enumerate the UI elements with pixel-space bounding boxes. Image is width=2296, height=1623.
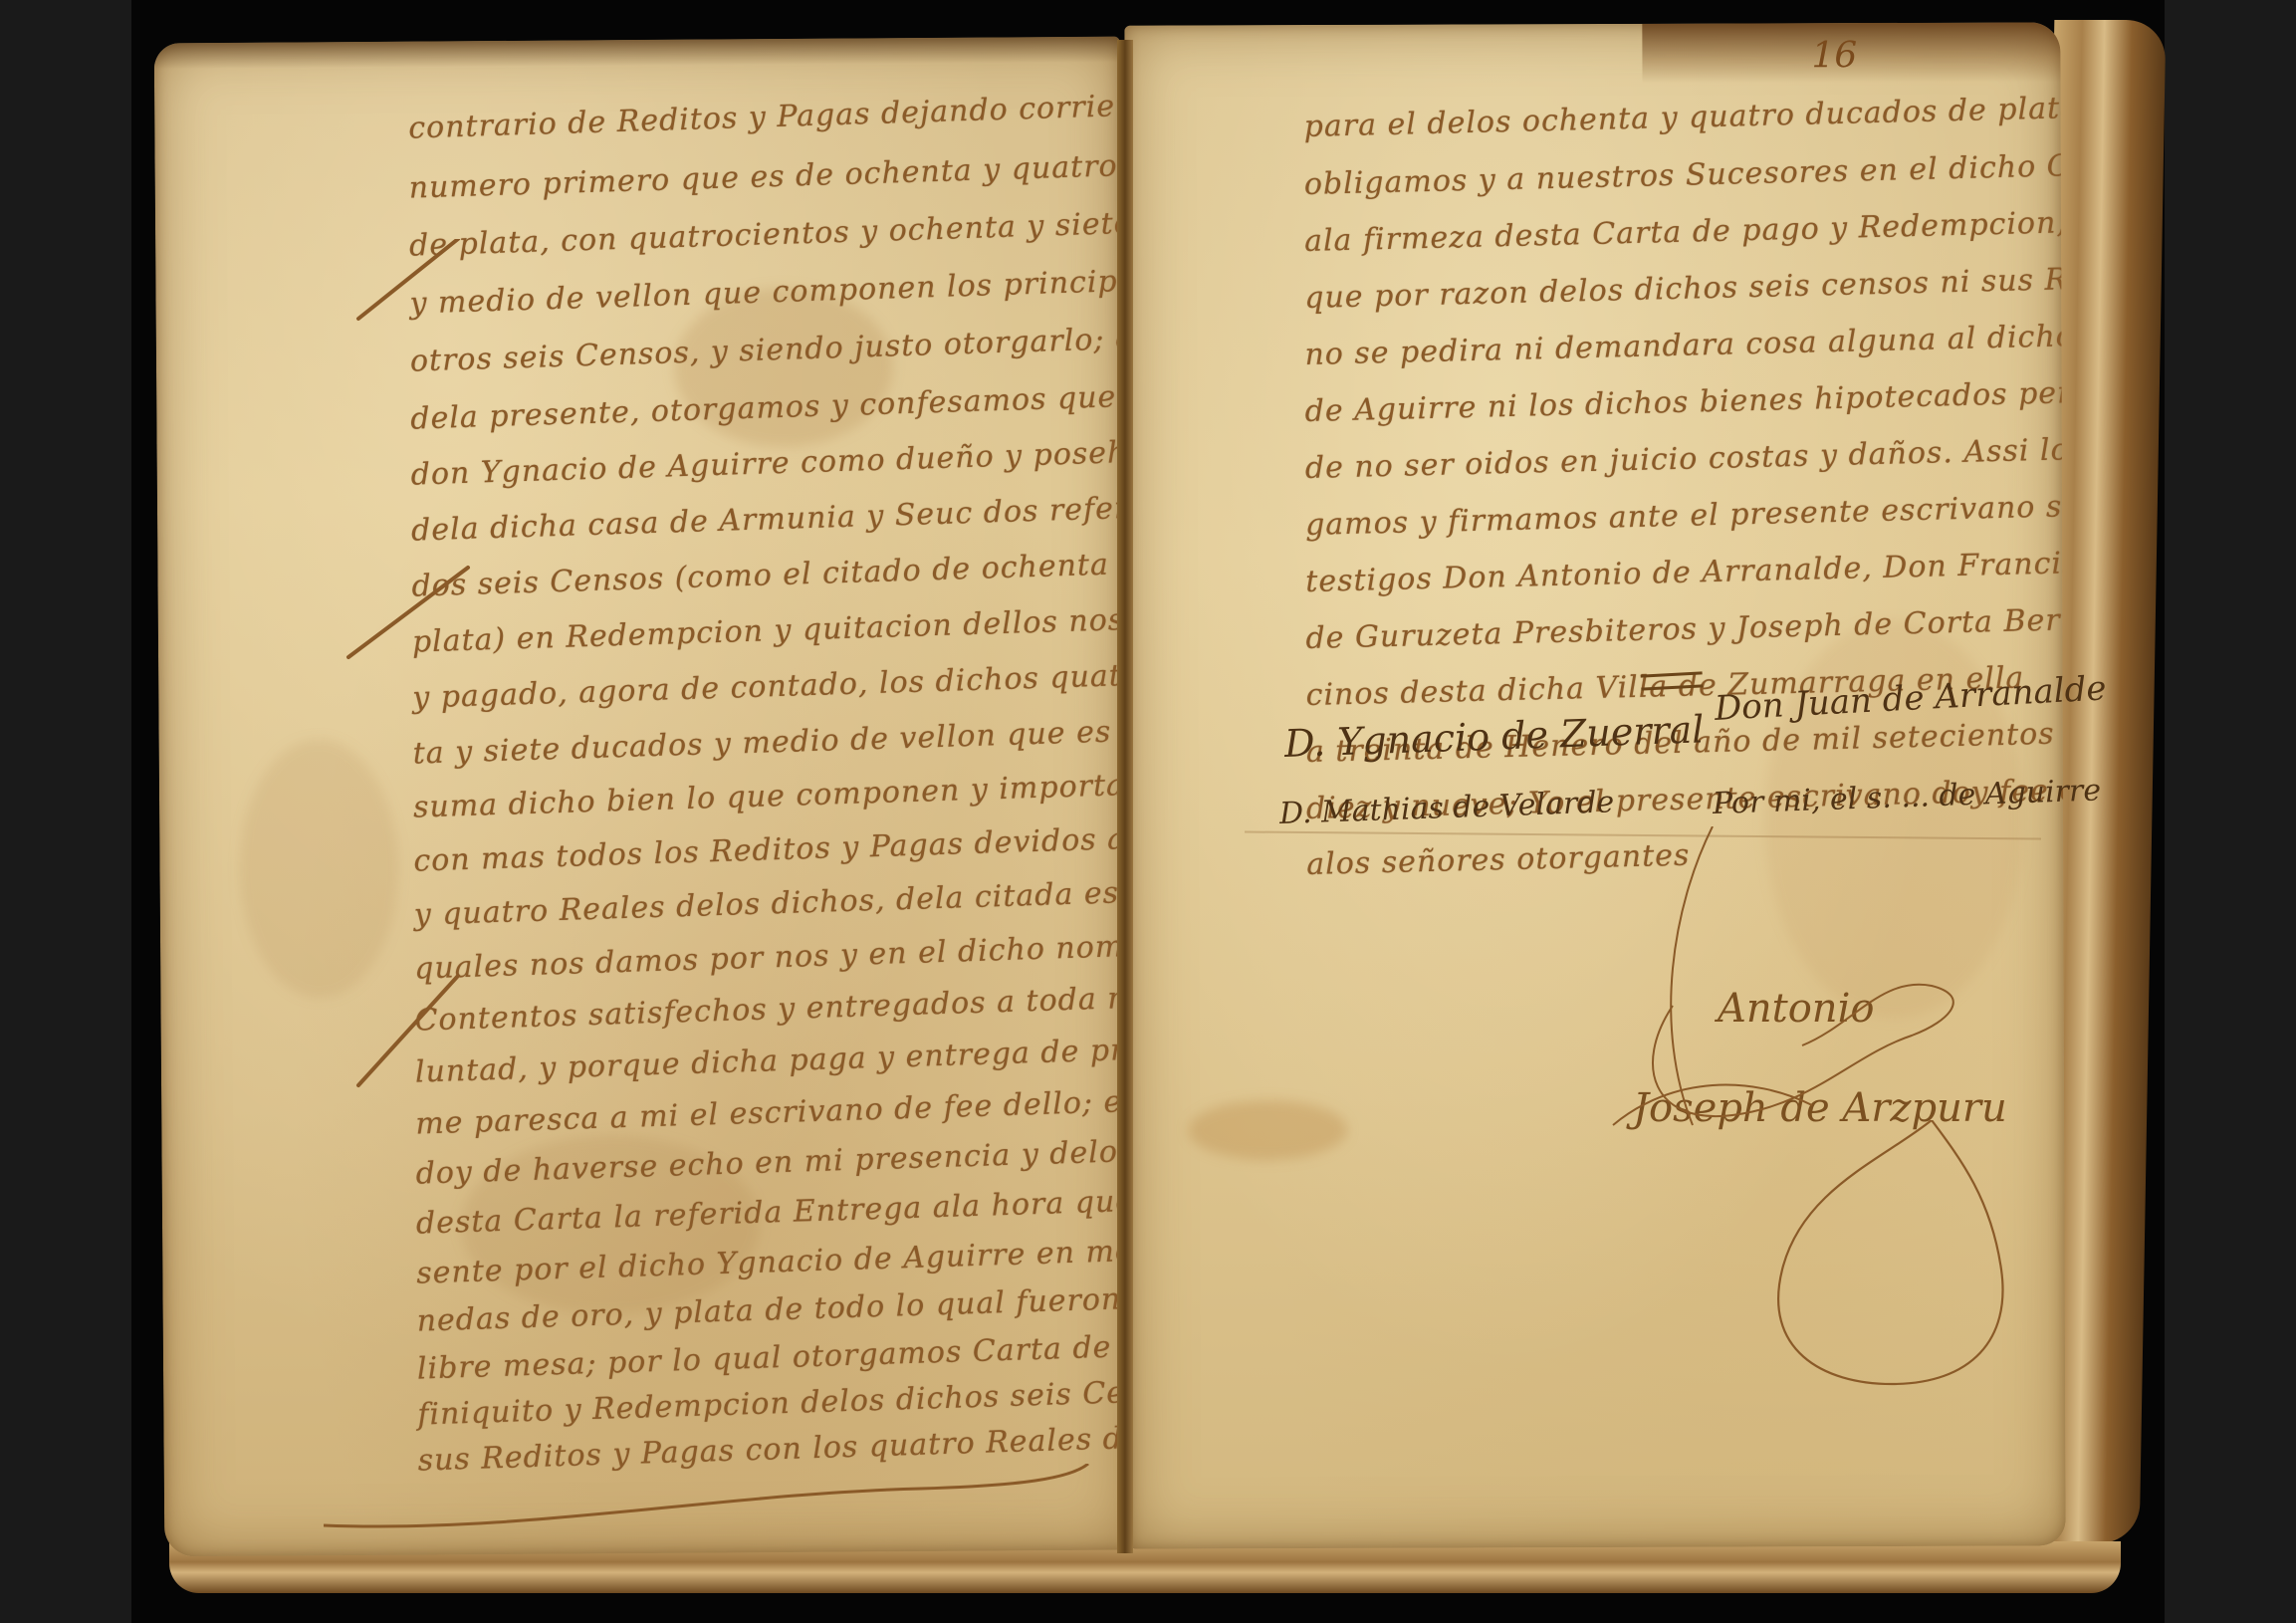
right-frame-band: [2165, 0, 2296, 1623]
manuscript-line: no se pedira ni demandara cosa alguna al…: [1304, 316, 2066, 372]
water-stain: [1188, 1100, 1347, 1161]
margin-strokes: [299, 239, 498, 1235]
manuscript-line: testigos Don Antonio de Arranalde, Don F…: [1305, 545, 2066, 599]
left-frame-band: [0, 0, 131, 1623]
manuscript-line: que por razon delos dichos seis censos n…: [1304, 260, 2066, 316]
manuscript-line: ala firmeza desta Carta de pago y Redemp…: [1304, 203, 2066, 259]
folio-number: 16: [1811, 35, 1857, 76]
closing-flourish-line: [324, 1464, 1090, 1533]
manuscript-line: obligamos y a nuestros Sucesores en el d…: [1303, 146, 2065, 202]
manuscript-line: para el delos ochenta y quatro ducados d…: [1303, 88, 2065, 144]
manuscript-line: gamos y firmamos ante el presente escriv…: [1305, 487, 2066, 543]
closing-double-rule: [1641, 671, 1704, 690]
notary-rubric-loop: [1762, 1120, 2041, 1389]
book-gutter: [1117, 40, 1133, 1553]
manuscript-line: de no ser oidos en juicio costas y daños…: [1304, 430, 2065, 486]
notary-rubric-flourish: [1553, 826, 1991, 1155]
manuscript-line: de Aguirre ni los dichos bienes hipoteca…: [1304, 375, 2065, 429]
